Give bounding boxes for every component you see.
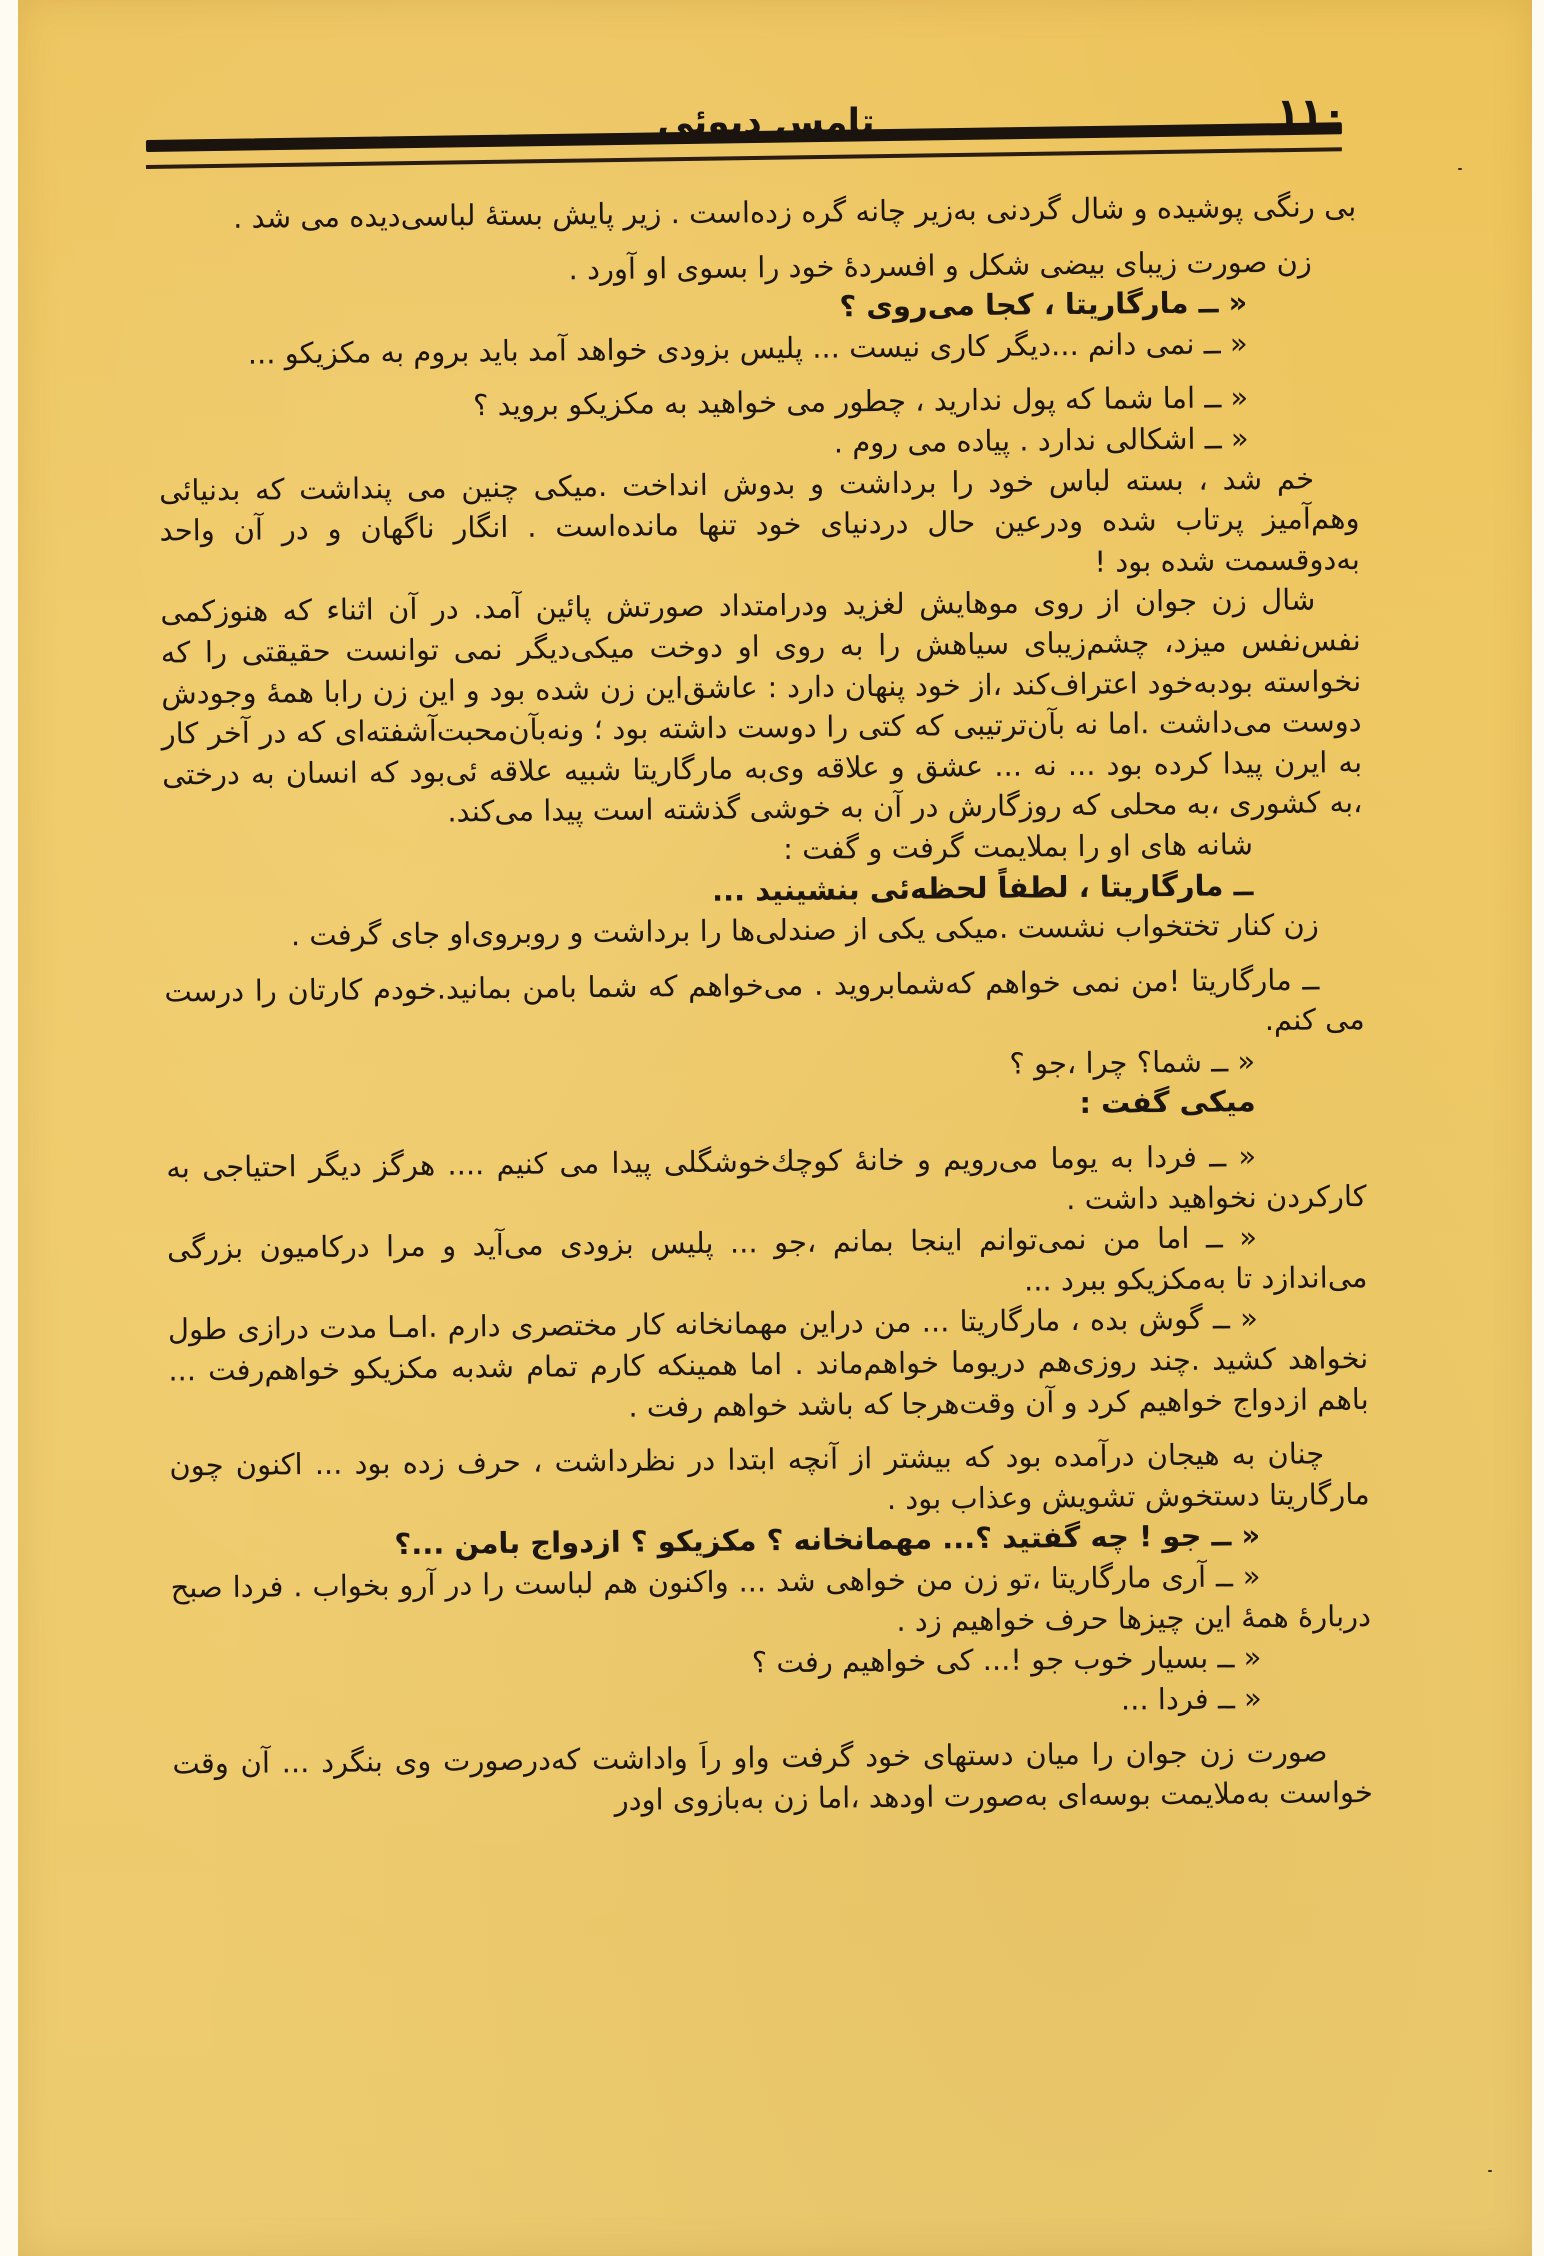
dialogue-line: ــ مارگاریتا !من نمی خواهم که‌شمابروید .… xyxy=(164,959,1365,1053)
paragraph: شال زن جوان از روی موهایش لغزید ودرامتدا… xyxy=(160,579,1362,835)
paragraph: چنان به هیجان درآمده بود که بیشتر از آنچ… xyxy=(169,1433,1370,1527)
paragraph: صورت زن جوان را میان دستهای خود گرفت واو… xyxy=(172,1731,1373,1825)
dialogue-line: « ــ اما من نمی‌توانم اینجا بمانم ،جو ..… xyxy=(167,1216,1368,1310)
paper-speck xyxy=(1458,168,1462,170)
paragraph: خم شد ، بسته لباس خود را برداشت و بدوش ا… xyxy=(159,458,1360,592)
dialogue-line: « ــ فردا به یوما می‌رویم و خانهٔ کوچك‌خ… xyxy=(166,1135,1367,1229)
dialogue-line: « ــ گوش بده ، مارگاریتا ... من دراین مه… xyxy=(168,1297,1369,1431)
paper-speck xyxy=(1488,2170,1492,2172)
scanned-book-page: ۱۱۰ تامس دیوئی بی رنگی پوشیده و شال گردن… xyxy=(18,0,1532,2256)
dialogue-line: « ــ آری مارگاریتا ،تو زن من خواهی شد ..… xyxy=(170,1555,1371,1649)
paragraph: بی رنگی پوشیده و شال گردنی بەزیر چانه گر… xyxy=(156,186,1356,239)
body-text: بی رنگی پوشیده و شال گردنی بەزیر چانه گر… xyxy=(156,186,1373,1825)
